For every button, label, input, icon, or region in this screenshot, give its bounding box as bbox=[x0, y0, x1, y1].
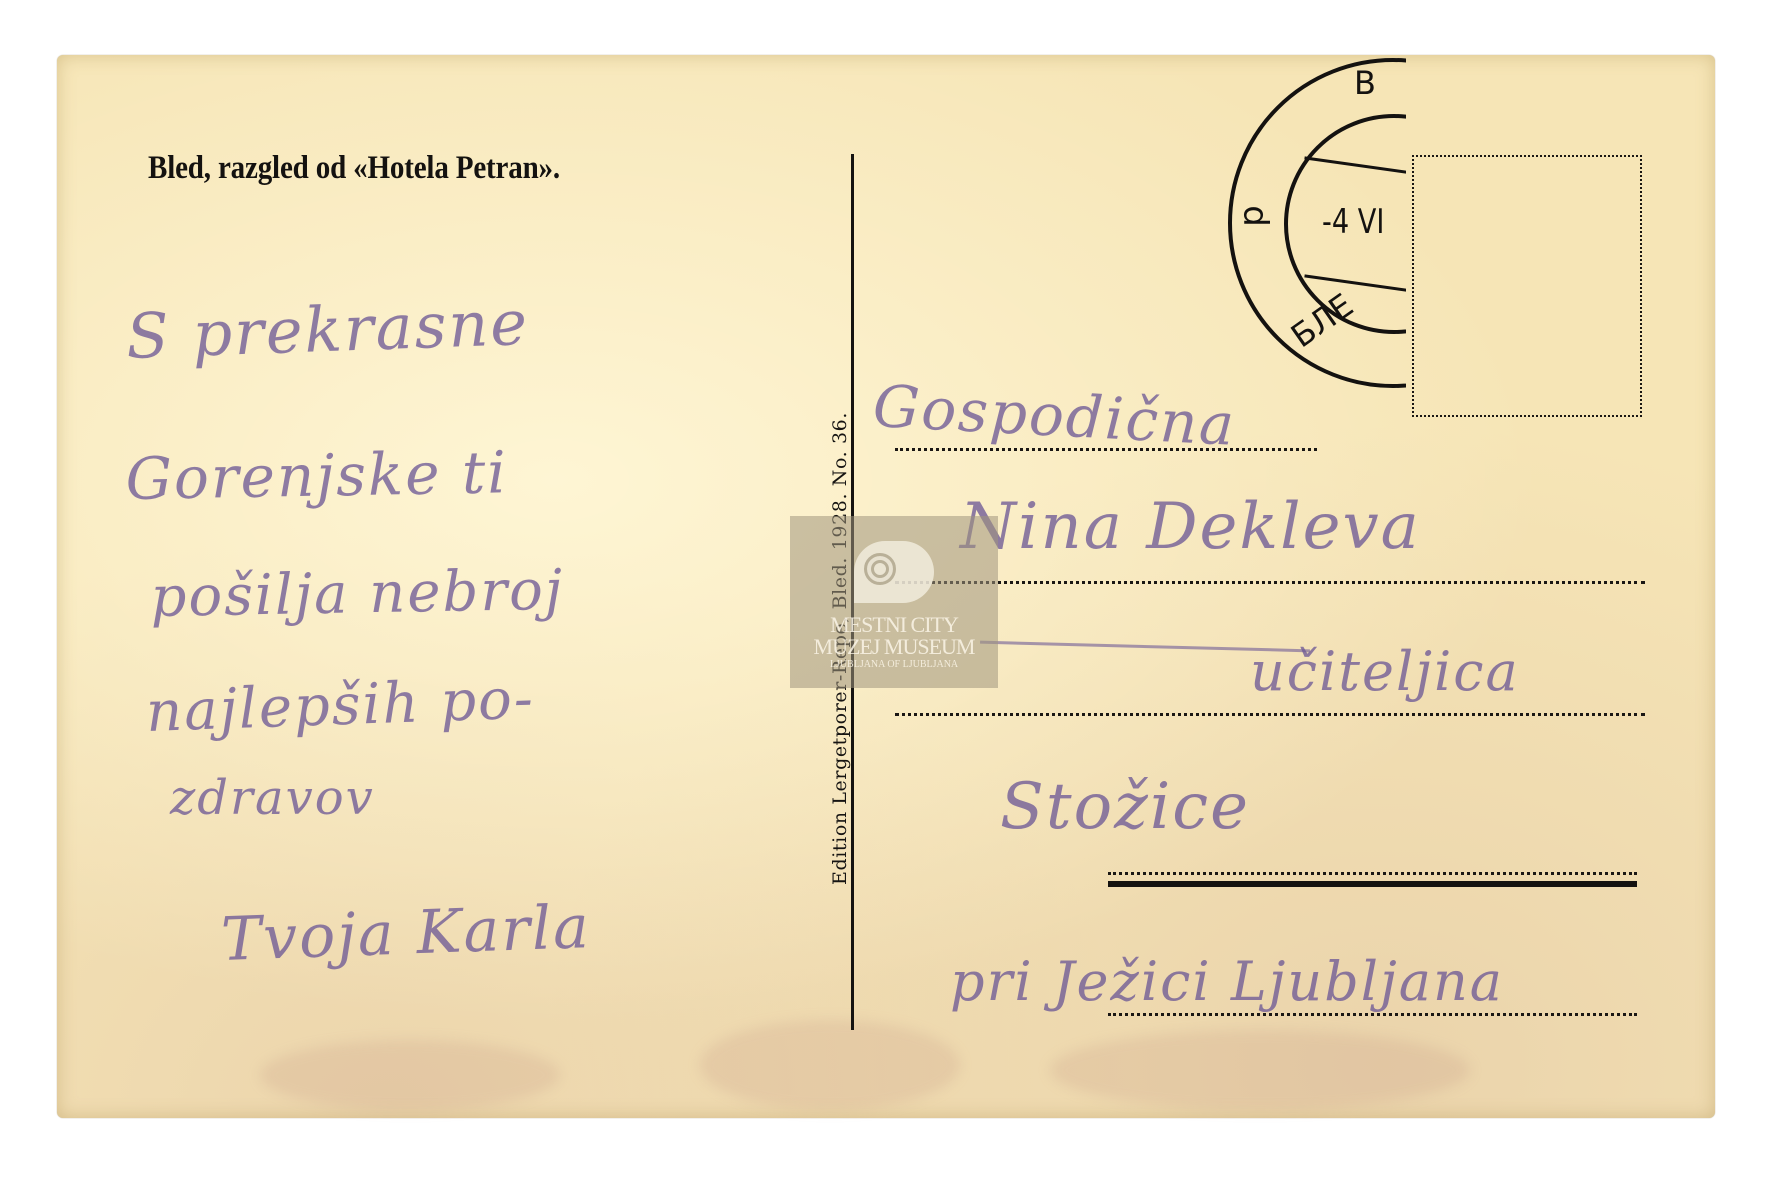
address-recipient-name: Nina Dekleva bbox=[960, 490, 1421, 564]
stain bbox=[260, 1040, 560, 1110]
message-line-3: pošilja nebroj bbox=[150, 558, 565, 630]
spiral-shell-icon bbox=[854, 541, 934, 603]
address-thick-rule bbox=[1108, 881, 1637, 887]
address-line-5 bbox=[1108, 1013, 1637, 1016]
address-region: pri Ježici Ljubljana bbox=[950, 950, 1504, 1013]
postmark-side-letter: d bbox=[1235, 205, 1275, 227]
address-town: Stožice bbox=[1000, 770, 1250, 844]
museum-watermark: MESTNI CITY MUZEJ MUSEUM LJUBLJANA OF LJ… bbox=[790, 516, 998, 688]
stain bbox=[700, 1020, 960, 1110]
postmark-top-letter: B bbox=[1354, 64, 1376, 102]
address-line-2 bbox=[895, 581, 1645, 584]
message-line-4: najlepših po- bbox=[145, 666, 536, 745]
watermark-line-2: MUZEJ MUSEUM bbox=[790, 634, 998, 660]
postcard-title: Bled, razgled od «Hotela Petran». bbox=[148, 150, 560, 187]
watermark-line-3: LJUBLJANA OF LJUBLJANA bbox=[790, 659, 998, 670]
address-line-4 bbox=[1108, 872, 1637, 875]
message-line-1: S prekrasne bbox=[125, 286, 530, 373]
address-line-3 bbox=[895, 713, 1645, 716]
postmark-date: -4 VI bbox=[1322, 202, 1384, 242]
message-line-2: Gorenjske ti bbox=[125, 438, 508, 513]
stain bbox=[1050, 1030, 1470, 1110]
stamp-placeholder-box bbox=[1412, 155, 1642, 417]
message-line-5: zdravov bbox=[170, 770, 375, 826]
message-signature: Tvoja Karla bbox=[220, 892, 592, 975]
